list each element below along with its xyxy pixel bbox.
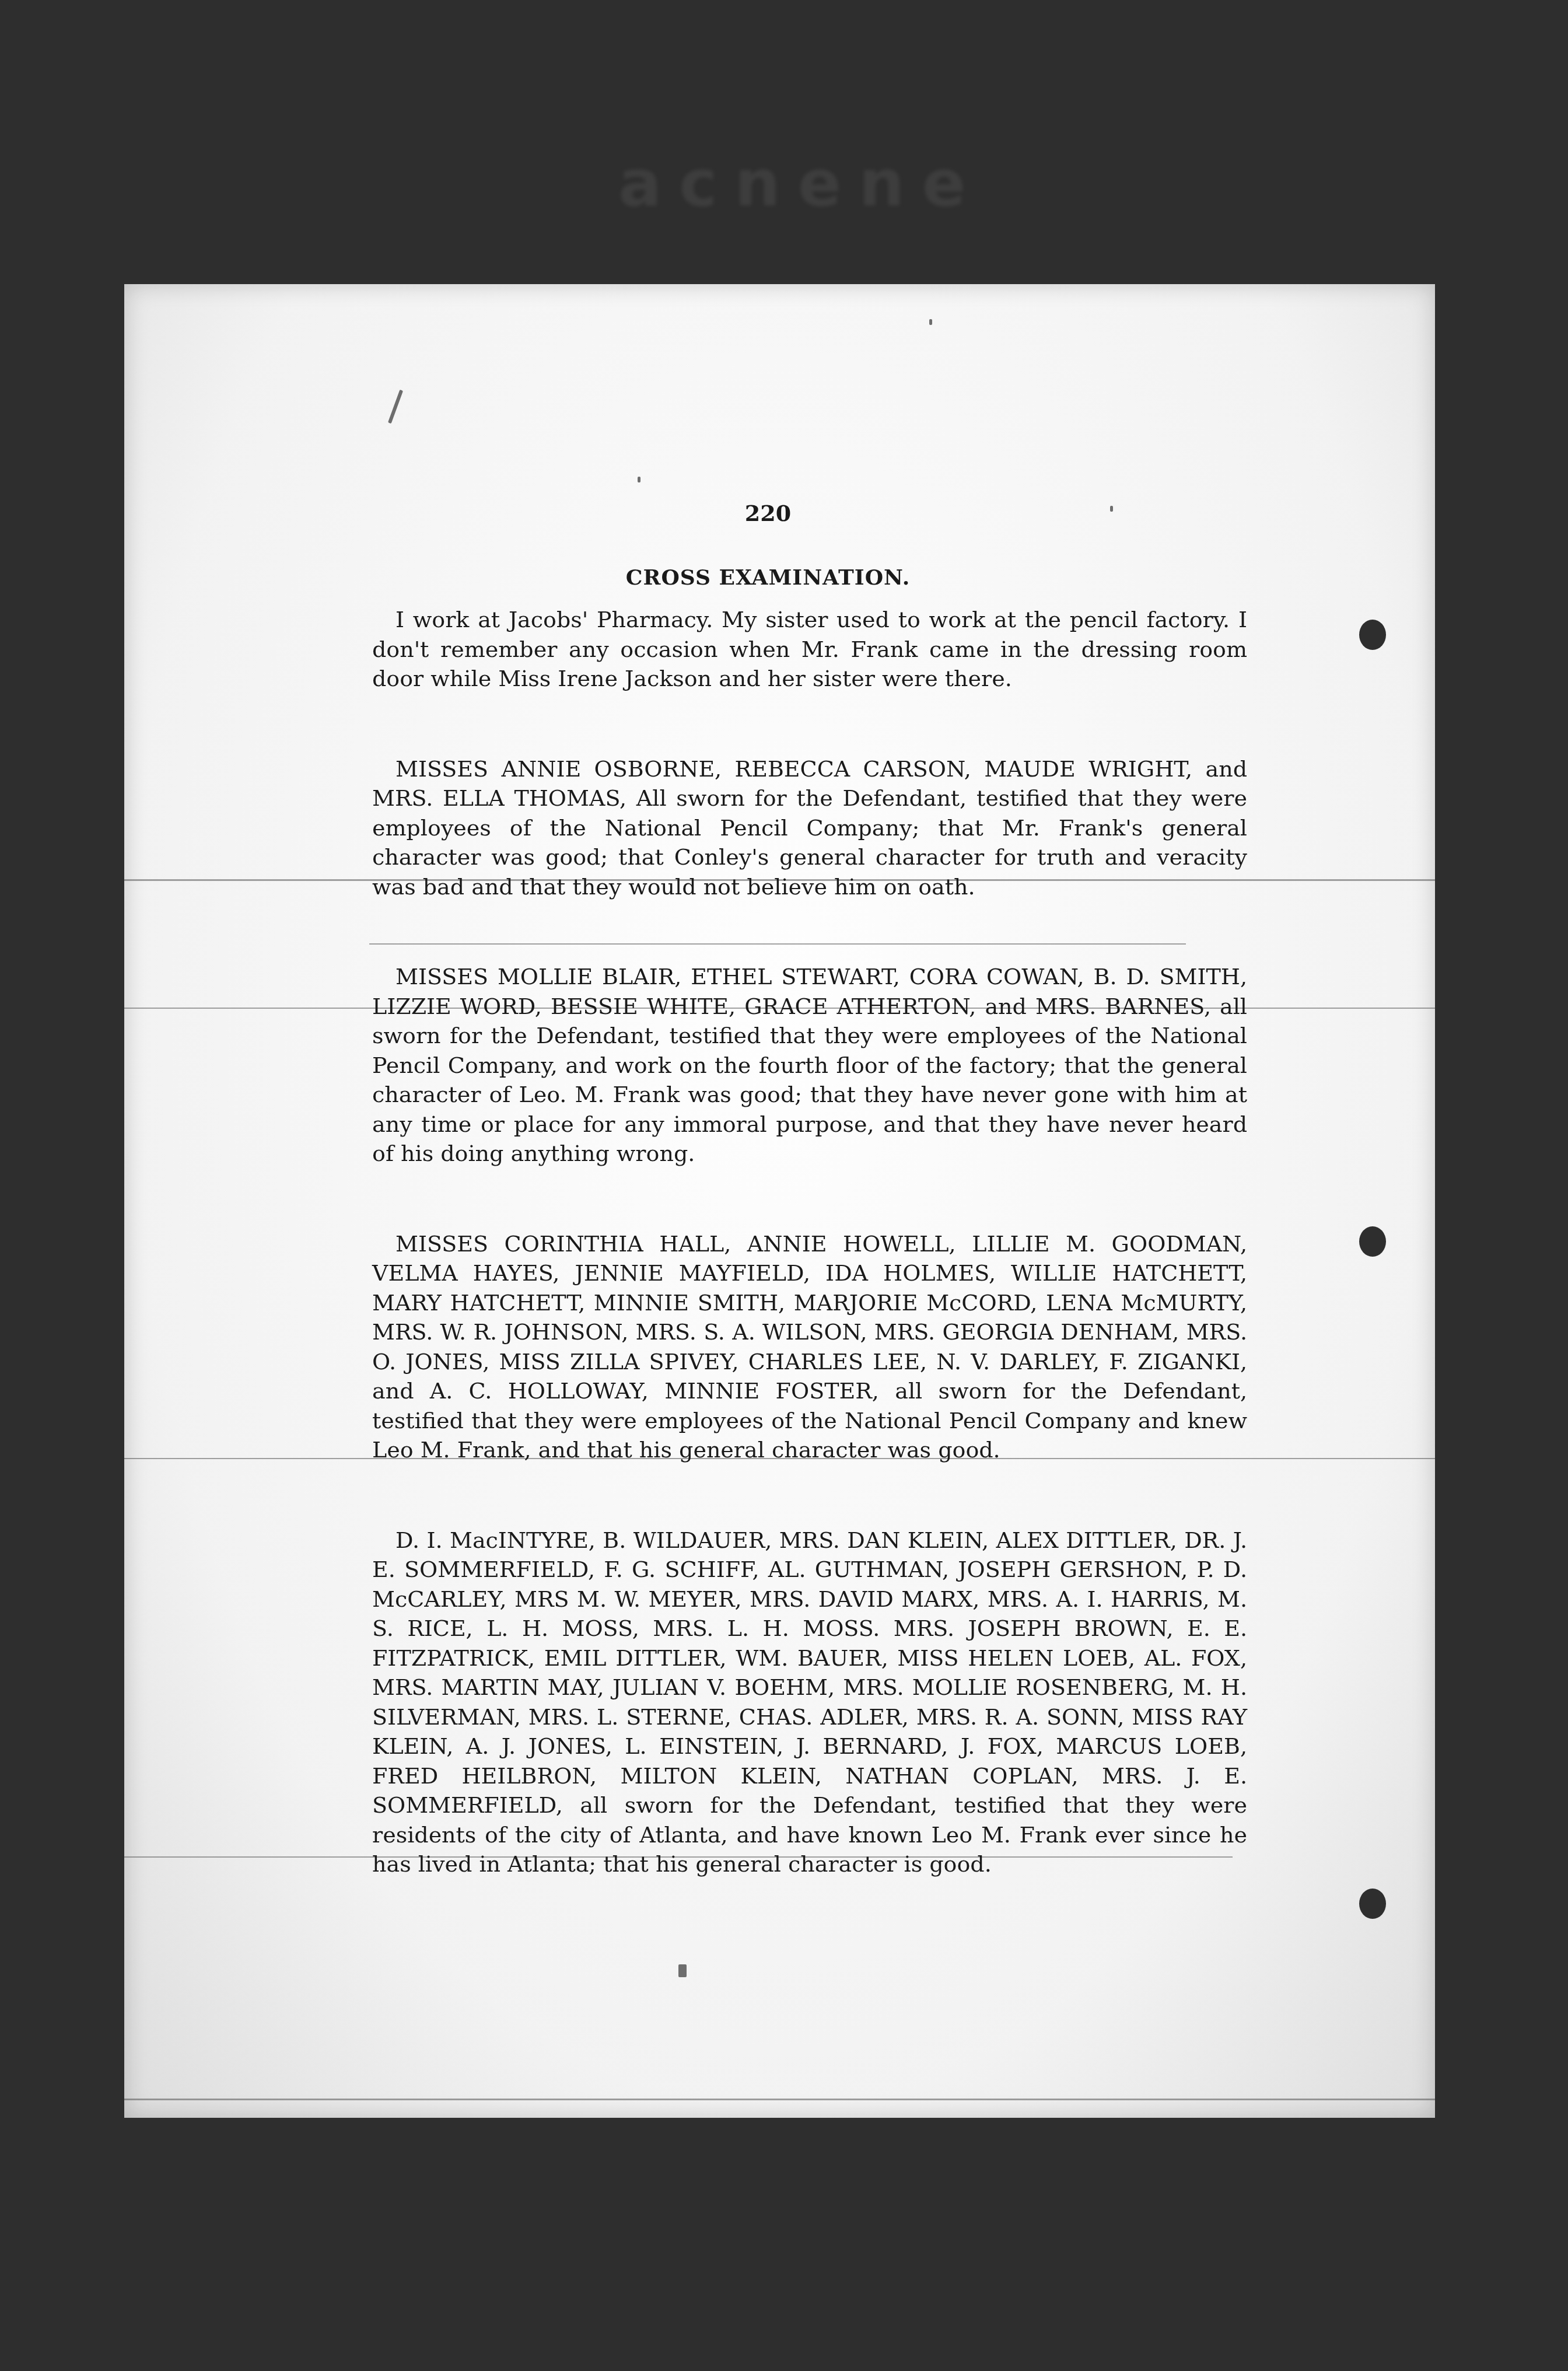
ink-speck bbox=[929, 319, 932, 325]
punch-hole bbox=[1359, 1226, 1386, 1257]
paragraph-blair-testimony: MISSES MOLLIE BLAIR, ETHEL STEWART, CORA… bbox=[372, 962, 1247, 1169]
ink-speck bbox=[638, 477, 640, 482]
paragraph-atlanta-residents-testimony: D. I. MacINTYRE, B. WILDAUER, MRS. DAN K… bbox=[372, 1526, 1247, 1879]
paragraph-cross-examination: I work at Jacobs' Pharmacy. My sister us… bbox=[372, 605, 1247, 694]
paragraph-osborne-testimony: MISSES ANNIE OSBORNE, REBECCA CARSON, MA… bbox=[372, 754, 1247, 902]
paragraph-hall-testimony: MISSES CORINTHIA HALL, ANNIE HOWELL, LIL… bbox=[372, 1229, 1247, 1465]
body-text: I work at Jacobs' Pharmacy. My sister us… bbox=[372, 605, 1247, 1879]
section-heading: CROSS EXAMINATION. bbox=[113, 565, 1423, 590]
punch-hole bbox=[1359, 620, 1386, 650]
ink-speck bbox=[678, 1964, 687, 1977]
bleed-through-header: acnene bbox=[618, 146, 983, 221]
scan-line-artifact bbox=[124, 2099, 1435, 2100]
page-number: 220 bbox=[113, 500, 1423, 526]
document-page: 220 CROSS EXAMINATION. I work at Jacobs'… bbox=[124, 284, 1435, 2118]
ink-speck bbox=[388, 390, 403, 424]
punch-hole bbox=[1359, 1889, 1386, 1919]
